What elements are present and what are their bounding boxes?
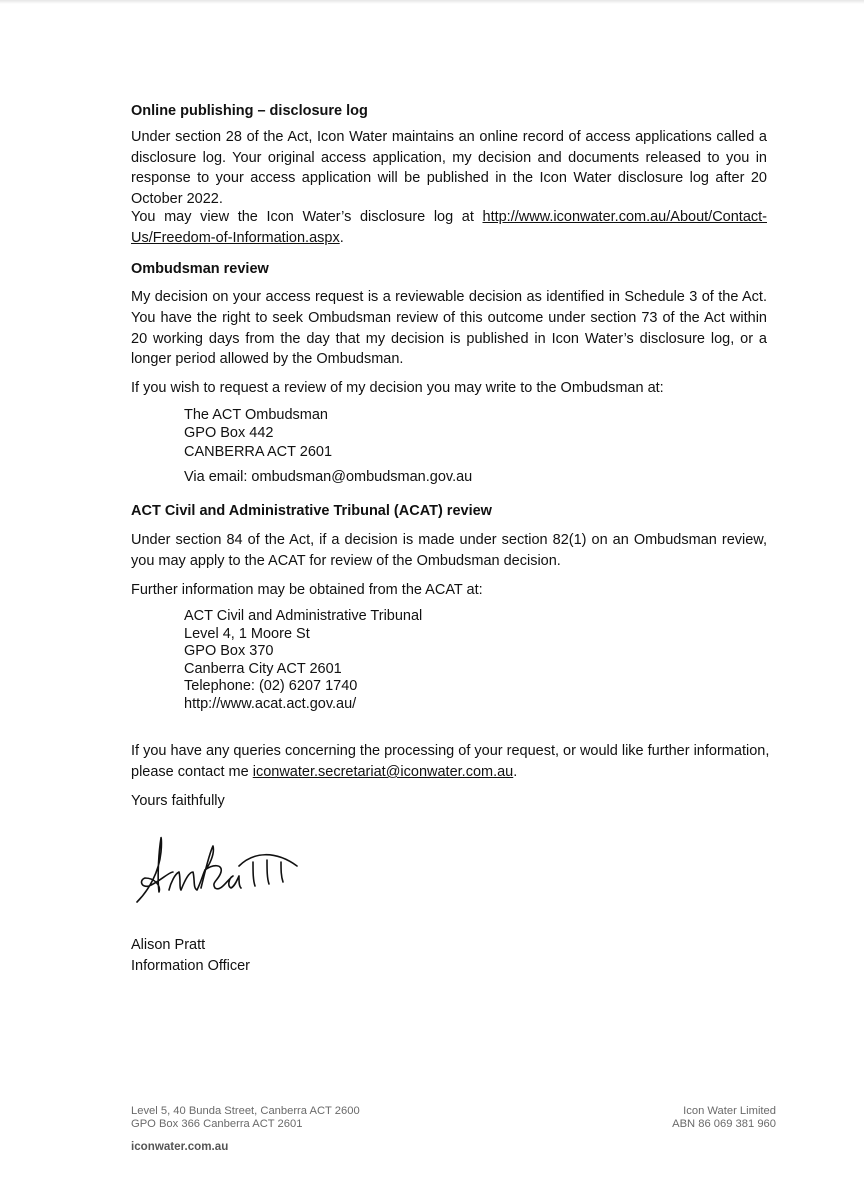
ombudsman-write-paragraph: If you wish to request a review of my de… bbox=[131, 378, 767, 399]
signatory: Alison Pratt Information Officer bbox=[131, 935, 250, 977]
address-line: GPO Box 370 bbox=[184, 643, 422, 661]
disclosure-log-suffix: . bbox=[340, 230, 344, 246]
address-line: The ACT Ombudsman bbox=[184, 406, 332, 424]
heading-ombudsman-review: Ombudsman review bbox=[131, 261, 269, 277]
address-line: Level 4, 1 Moore St bbox=[184, 626, 422, 644]
acat-address: ACT Civil and Administrative Tribunal Le… bbox=[184, 608, 422, 714]
signoff: Yours faithfully bbox=[131, 791, 767, 812]
footer-company-name: Icon Water Limited bbox=[672, 1105, 776, 1118]
address-line: GPO Box 442 bbox=[184, 424, 332, 442]
heading-acat-review: ACT Civil and Administrative Tribunal (A… bbox=[131, 503, 492, 519]
acat-further-info-paragraph: Further information may be obtained from… bbox=[131, 580, 767, 601]
secretariat-email-link[interactable]: iconwater.secretariat@iconwater.com.au bbox=[253, 764, 514, 780]
address-line: CANBERRA ACT 2601 bbox=[184, 443, 332, 461]
queries-suffix: . bbox=[513, 764, 517, 780]
address-line: Telephone: (02) 6207 1740 bbox=[184, 678, 422, 696]
online-publishing-paragraph: Under section 28 of the Act, Icon Water … bbox=[131, 127, 767, 209]
footer-website: iconwater.com.au bbox=[131, 1140, 228, 1153]
ombudsman-paragraph: My decision on your access request is a … bbox=[131, 287, 767, 370]
acat-paragraph: Under section 84 of the Act, if a decisi… bbox=[131, 530, 767, 572]
footer-address-line: Level 5, 40 Bunda Street, Canberra ACT 2… bbox=[131, 1105, 360, 1118]
signatory-title: Information Officer bbox=[131, 956, 250, 977]
heading-online-publishing: Online publishing – disclosure log bbox=[131, 103, 368, 119]
disclosure-log-prefix: You may view the Icon Water’s disclosure… bbox=[131, 209, 483, 225]
queries-paragraph: If you have any queries concerning the p… bbox=[131, 741, 771, 783]
page-top-shadow bbox=[0, 0, 864, 4]
signatory-name: Alison Pratt bbox=[131, 935, 250, 956]
disclosure-log-paragraph: You may view the Icon Water’s disclosure… bbox=[131, 207, 767, 248]
address-line: ACT Civil and Administrative Tribunal bbox=[184, 608, 422, 626]
handwritten-signature-icon bbox=[135, 832, 305, 908]
footer-company: Icon Water Limited ABN 86 069 381 960 bbox=[672, 1105, 776, 1131]
ombudsman-address: The ACT Ombudsman GPO Box 442 CANBERRA A… bbox=[184, 406, 332, 461]
ombudsman-email: Via email: ombudsman@ombudsman.gov.au bbox=[184, 468, 472, 486]
footer-address: Level 5, 40 Bunda Street, Canberra ACT 2… bbox=[131, 1105, 360, 1131]
footer-abn: ABN 86 069 381 960 bbox=[672, 1118, 776, 1131]
footer-address-line: GPO Box 366 Canberra ACT 2601 bbox=[131, 1118, 360, 1131]
address-line: http://www.acat.act.gov.au/ bbox=[184, 696, 422, 714]
address-line: Canberra City ACT 2601 bbox=[184, 661, 422, 679]
